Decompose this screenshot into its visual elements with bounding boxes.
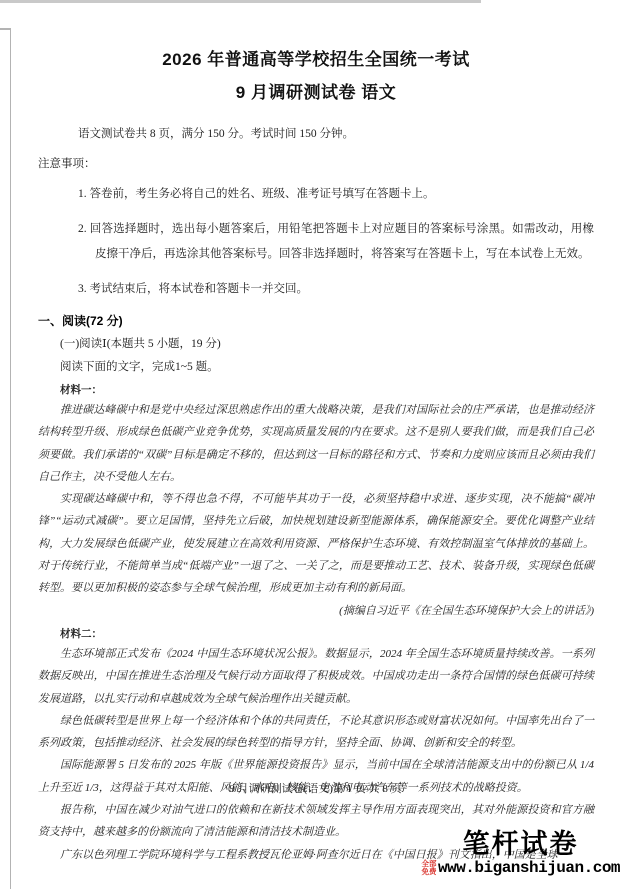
material-1-label: 材料一： xyxy=(60,381,594,399)
section-heading-reading: 一、阅读(72 分) xyxy=(38,310,594,333)
material-1-paragraph-1: 推进碳达峰碳中和是党中央经过深思熟虑作出的重大战略决策，是我们对国际社会的庄严承… xyxy=(38,399,594,488)
material-2-paragraph-2: 绿色低碳转型是世界上每一个经济体和个体的共同责任，不论其意识形态或财富状况如何。… xyxy=(38,710,594,755)
page-footer: 9 月调研测试卷(语文)第 1 页 共 8 页 xyxy=(0,780,631,796)
material-2-paragraph-1: 生态环境部正式发布《2024 中国生态环境状况公报》。数据显示，2024 年全国… xyxy=(38,643,594,710)
watermark-url: www.biganshijuan.com xyxy=(438,859,620,877)
watermark-free-badge: 全部免费 xyxy=(421,860,437,875)
exam-paper-page: 2026 年普通高等学校招生全国统一考试 9 月调研测试卷 语文 语文测试卷共 … xyxy=(0,0,631,889)
watermark-block: 笔杆试卷 全部免费 www.biganshijuan.com xyxy=(418,830,623,877)
exam-title-line1: 2026 年普通高等学校招生全国统一考试 xyxy=(38,48,594,71)
notice-item-2: 2. 回答选择题时，选出每小题答案后，用铅笔把答题卡上对应题目的答案标号涂黑。如… xyxy=(78,217,594,267)
scan-top-edge-artifact xyxy=(0,0,481,3)
notice-item-3: 3. 考试结束后，将本试卷和答题卡一并交回。 xyxy=(78,277,594,302)
material-1-paragraph-2: 实现碳达峰碳中和，等不得也急不得，不可能毕其功于一役，必须坚持稳中求进、逐步实现… xyxy=(38,488,594,599)
watermark-url-row: 全部免费 www.biganshijuan.com xyxy=(418,859,623,877)
material-1-attribution: (摘编自习近平《在全国生态环境保护大会上的讲话》) xyxy=(38,600,594,622)
exam-title-line2: 9 月调研测试卷 语文 xyxy=(38,81,594,104)
reading-instruction: 阅读下面的文字，完成1~5 题。 xyxy=(60,356,594,378)
page-content: 2026 年普通高等学校招生全国统一考试 9 月调研测试卷 语文 语文测试卷共 … xyxy=(38,48,594,866)
notice-item-1: 1. 答卷前，考生务必将自己的姓名、班级、准考证号填写在答题卡上。 xyxy=(78,182,594,207)
scan-corner-artifact xyxy=(0,28,11,30)
notice-heading: 注意事项： xyxy=(38,156,594,172)
watermark-brand-logo: 笔杆试卷 xyxy=(418,830,623,858)
material-2-label: 材料二： xyxy=(60,625,594,643)
subsection-heading: (一)阅读Ⅰ(本题共 5 小题，19 分) xyxy=(60,333,594,356)
scan-left-border-line xyxy=(10,28,11,889)
exam-intro-line: 语文测试卷共 8 页，满分 150 分。考试时间 150 分钟。 xyxy=(78,126,594,142)
